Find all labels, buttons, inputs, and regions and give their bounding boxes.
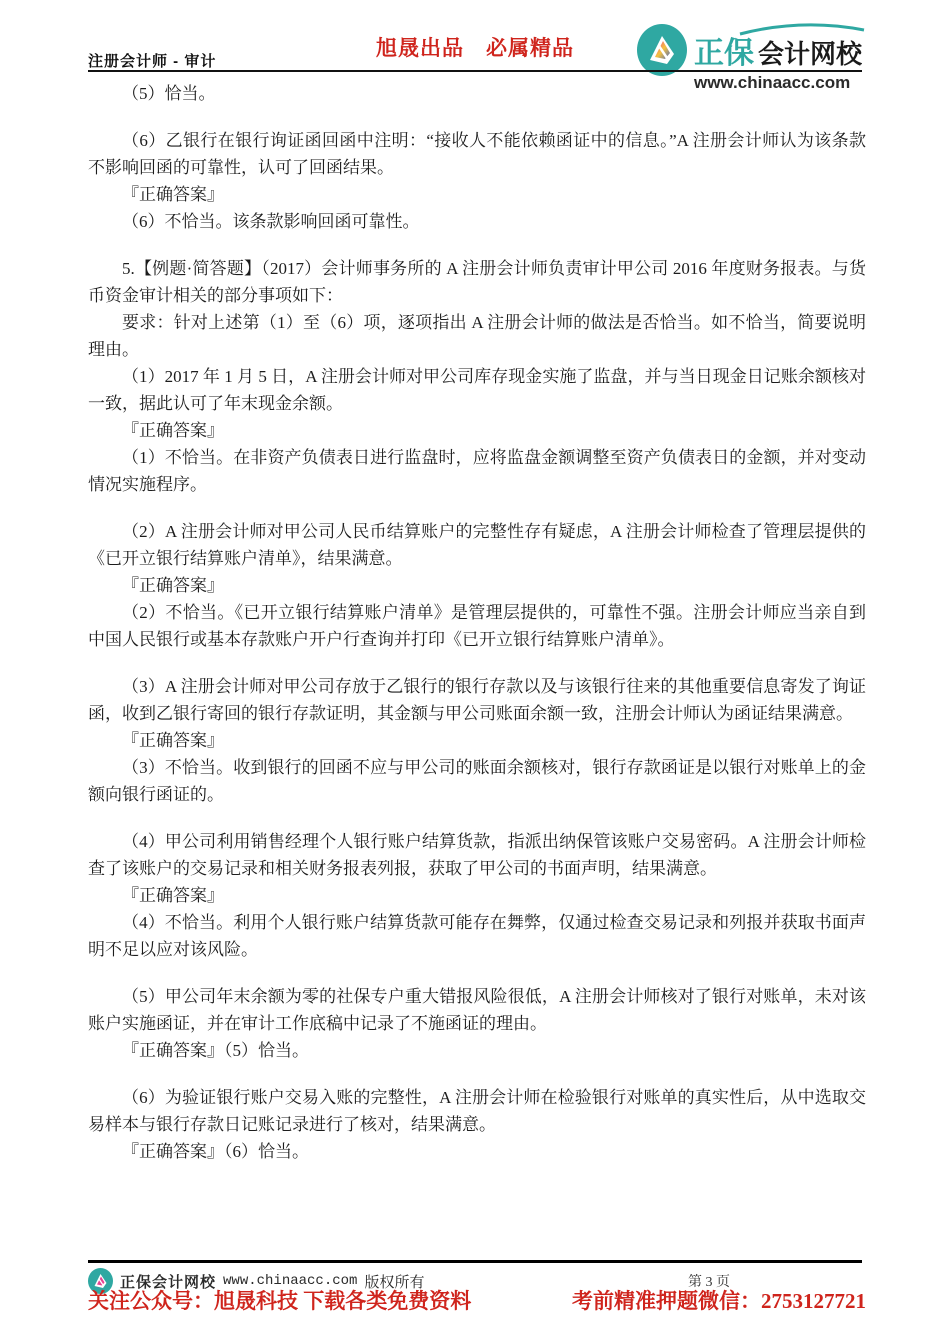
- paragraph: （6）乙银行在银行询证函回函中注明：“接收人不能依赖函证中的信息。”A 注册会计…: [88, 127, 866, 181]
- document-body: （5）恰当。（6）乙银行在银行询证函回函中注明：“接收人不能依赖函证中的信息。”…: [88, 80, 866, 1165]
- paragraph: 5.【例题·简答题】（2017）会计师事务所的 A 注册会计师负责审计甲公司 2…: [88, 255, 866, 309]
- doc-subject-label: 注册会计师 - 审计: [88, 50, 216, 71]
- header-divider: [88, 70, 862, 72]
- paragraph: 『正确答案』: [88, 417, 866, 444]
- document-page: 旭晟出品 必属精品 注册会计师 - 审计 正保 会计网校: [0, 0, 950, 1344]
- brand-name-secondary: 会计网校: [758, 34, 862, 71]
- paragraph: （6）为验证银行账户交易入账的完整性，A 注册会计师在检验银行对账单的真实性后，…: [88, 1084, 866, 1138]
- paragraph: 『正确答案』（6）恰当。: [88, 1138, 866, 1165]
- paragraph: （4）不恰当。利用个人银行账户结算货款可能存在舞弊，仅通过检查交易记录和列报并获…: [88, 909, 866, 963]
- paragraph: （1）2017 年 1 月 5 日，A 注册会计师对甲公司库存现金实施了监盘，并…: [88, 363, 866, 417]
- paragraph: （3）A 注册会计师对甲公司存放于乙银行的银行存款以及与该银行往来的其他重要信息…: [88, 673, 866, 727]
- paragraph: （3）不恰当。收到银行的回函不应与甲公司的账面余额核对，银行存款函证是以银行对账…: [88, 754, 866, 808]
- paragraph: （4）甲公司利用销售经理个人银行账户结算货款，指派出纳保管该账户交易密码。A 注…: [88, 828, 866, 882]
- footer-divider: [88, 1260, 862, 1263]
- paragraph: （6）不恰当。该条款影响回函可靠性。: [88, 208, 866, 235]
- paragraph: 『正确答案』（5）恰当。: [88, 1037, 866, 1064]
- paragraph: 『正确答案』: [88, 572, 866, 599]
- paragraph: （2）不恰当。《已开立银行结算账户清单》是管理层提供的，可靠性不强。注册会计师应…: [88, 599, 866, 653]
- brand-logo-icon: [637, 24, 687, 76]
- footer-promo-left: 关注公众号：旭晟科技 下载各类免费资料: [88, 1285, 471, 1315]
- logo-swoosh: [738, 22, 866, 36]
- paragraph: 要求：针对上述第（1）至（6）项，逐项指出 A 注册会计师的做法是否恰当。如不恰…: [88, 309, 866, 363]
- paragraph: （5）甲公司年末余额为零的社保专户重大错报风险很低，A 注册会计师核对了银行对账…: [88, 983, 866, 1037]
- paragraph: 『正确答案』: [88, 727, 866, 754]
- paragraph: （1）不恰当。在非资产负债表日进行监盘时，应将监盘金额调整至资产负债表日的金额，…: [88, 444, 866, 498]
- paragraph: 『正确答案』: [88, 181, 866, 208]
- paragraph: （2）A 注册会计师对甲公司人民币结算账户的完整性存有疑虑，A 注册会计师检查了…: [88, 518, 866, 572]
- paragraph: （5）恰当。: [88, 80, 866, 107]
- footer-promo-right: 考前精准押题微信：2753127721: [572, 1285, 866, 1315]
- paragraph: 『正确答案』: [88, 882, 866, 909]
